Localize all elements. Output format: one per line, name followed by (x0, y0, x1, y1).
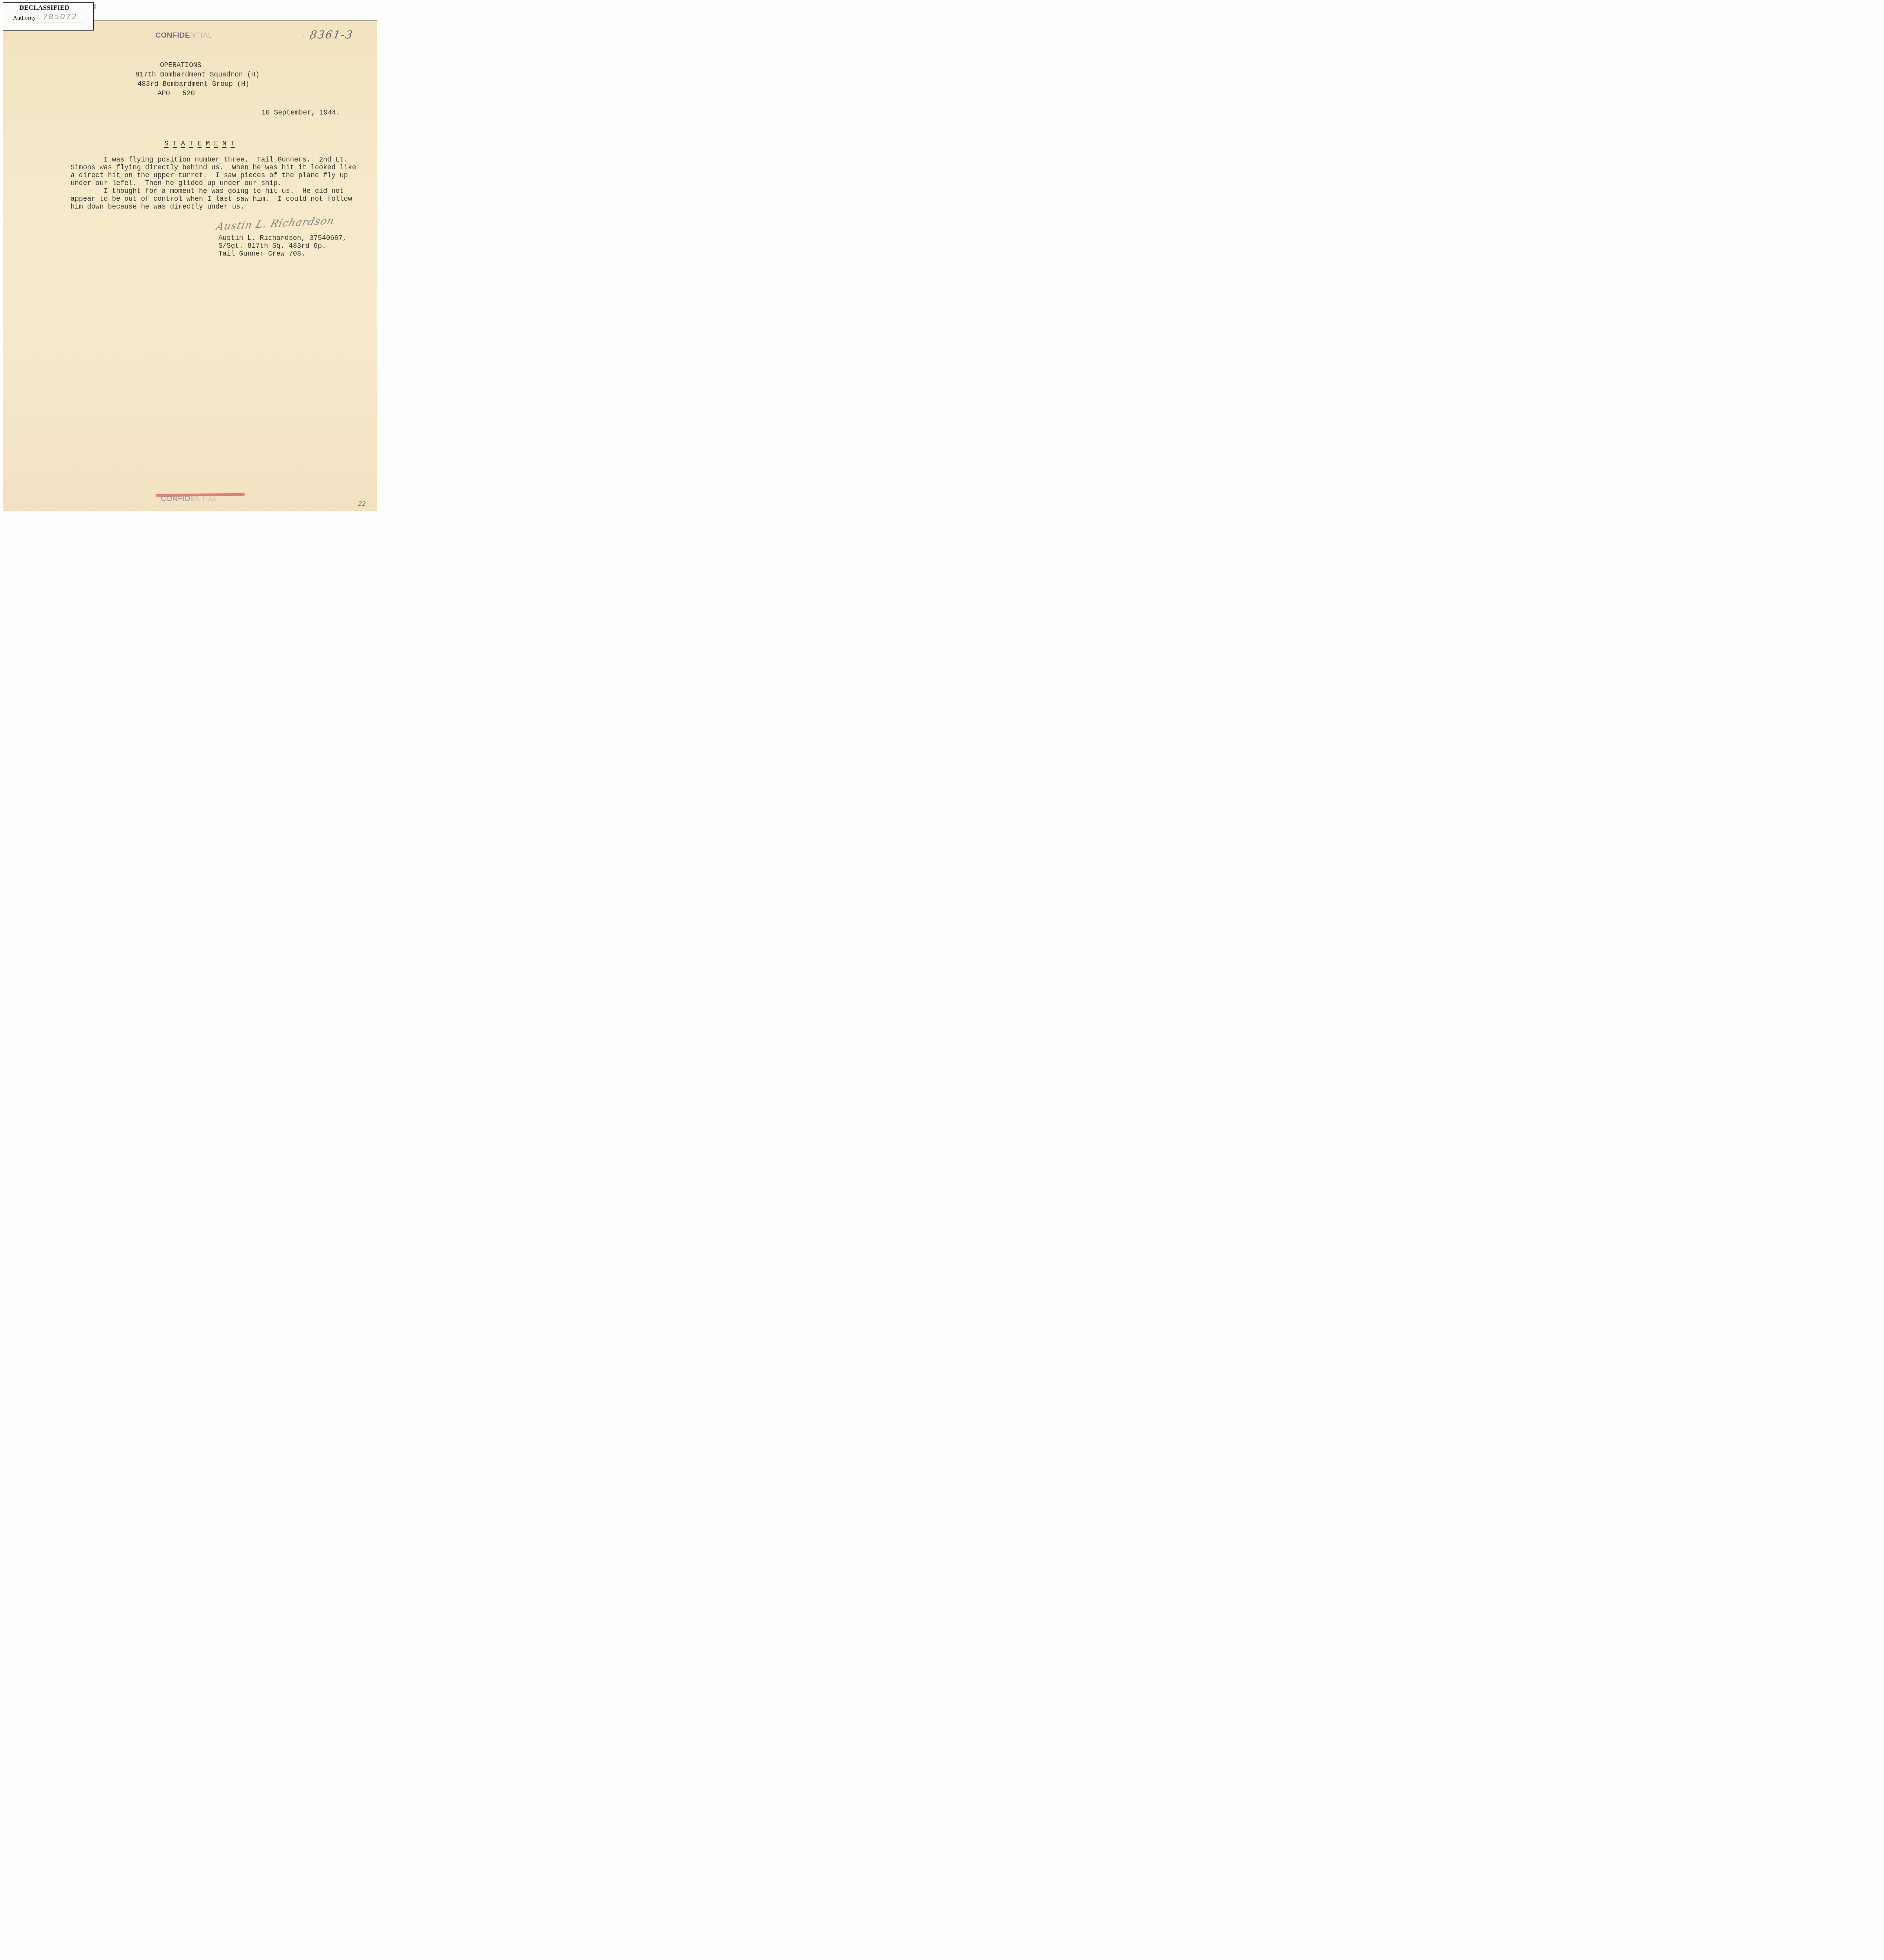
authority-underline (40, 22, 84, 22)
body-line: under our lefel. Then he glided up under… (71, 180, 282, 187)
document-date: 10 September, 1944. (262, 109, 340, 117)
authority-label: Authority (13, 15, 36, 22)
signature-line-crew: Tail Gunner Crew 708. (218, 250, 305, 258)
title-letter: T (173, 140, 177, 148)
signature-line-rank: S/Sgt. 817th Sq. 483rd Gp. (218, 242, 326, 250)
body-line: him down because he was directly under u… (71, 203, 244, 211)
file-number-dash: - (302, 33, 306, 40)
letterhead-line-apo: APO 520 (158, 90, 195, 98)
paper-speck (121, 370, 122, 371)
document-title: S T A T E M E N T (156, 132, 235, 148)
signature-line-name: Austin L. Richardson, 37540667, (218, 234, 347, 242)
declassified-label: DECLASSIFIED Authority 785072 (3, 2, 94, 31)
stamp-top-visible: CONFIDE (155, 31, 190, 40)
title-letter: T (189, 140, 194, 148)
title-letter: T (231, 140, 235, 148)
confidential-stamp-bottom: CONFIDENTIAL (161, 495, 218, 503)
letterhead-line-group: 483rd Bombardment Group (H) (138, 80, 249, 88)
confidential-stamp-top: CONFIDENTIAL (155, 31, 212, 40)
body-line: I thought for a moment he was going to h… (71, 187, 344, 195)
letterhead-line-operations: OPERATIONS (160, 62, 202, 69)
body-line: Simons was flying directly behind us. Wh… (71, 164, 356, 172)
title-letter: N (222, 140, 227, 148)
stamp-bottom-visible: CONFID (161, 495, 191, 503)
title-letter: M (206, 140, 210, 148)
stamp-top-faded: NTIAL (190, 31, 212, 40)
page-number: 22 (358, 500, 366, 507)
title-letter: A (181, 140, 185, 148)
body-line: appear to be out of control when I last … (71, 195, 352, 203)
file-number: - 8361-3 (302, 28, 354, 41)
paper-speck (154, 285, 154, 286)
file-number-value: 8361-3 (309, 28, 354, 41)
title-letter: S (164, 140, 169, 148)
paper-speck (38, 44, 38, 45)
declassified-title: DECLASSIFIED (19, 4, 69, 12)
body-line: a direct hit on the upper turret. I saw … (71, 172, 348, 180)
title-letter: E (198, 140, 202, 148)
letterhead-line-squadron: 817th Bombardment Squadron (H) (135, 71, 260, 79)
label-tab (94, 4, 96, 9)
body-line: I was flying position number three. Tail… (71, 156, 348, 164)
authority-value: 785072 (43, 12, 77, 21)
title-letter: E (214, 140, 218, 148)
stamp-bottom-faded: ENTIAL (191, 495, 218, 503)
